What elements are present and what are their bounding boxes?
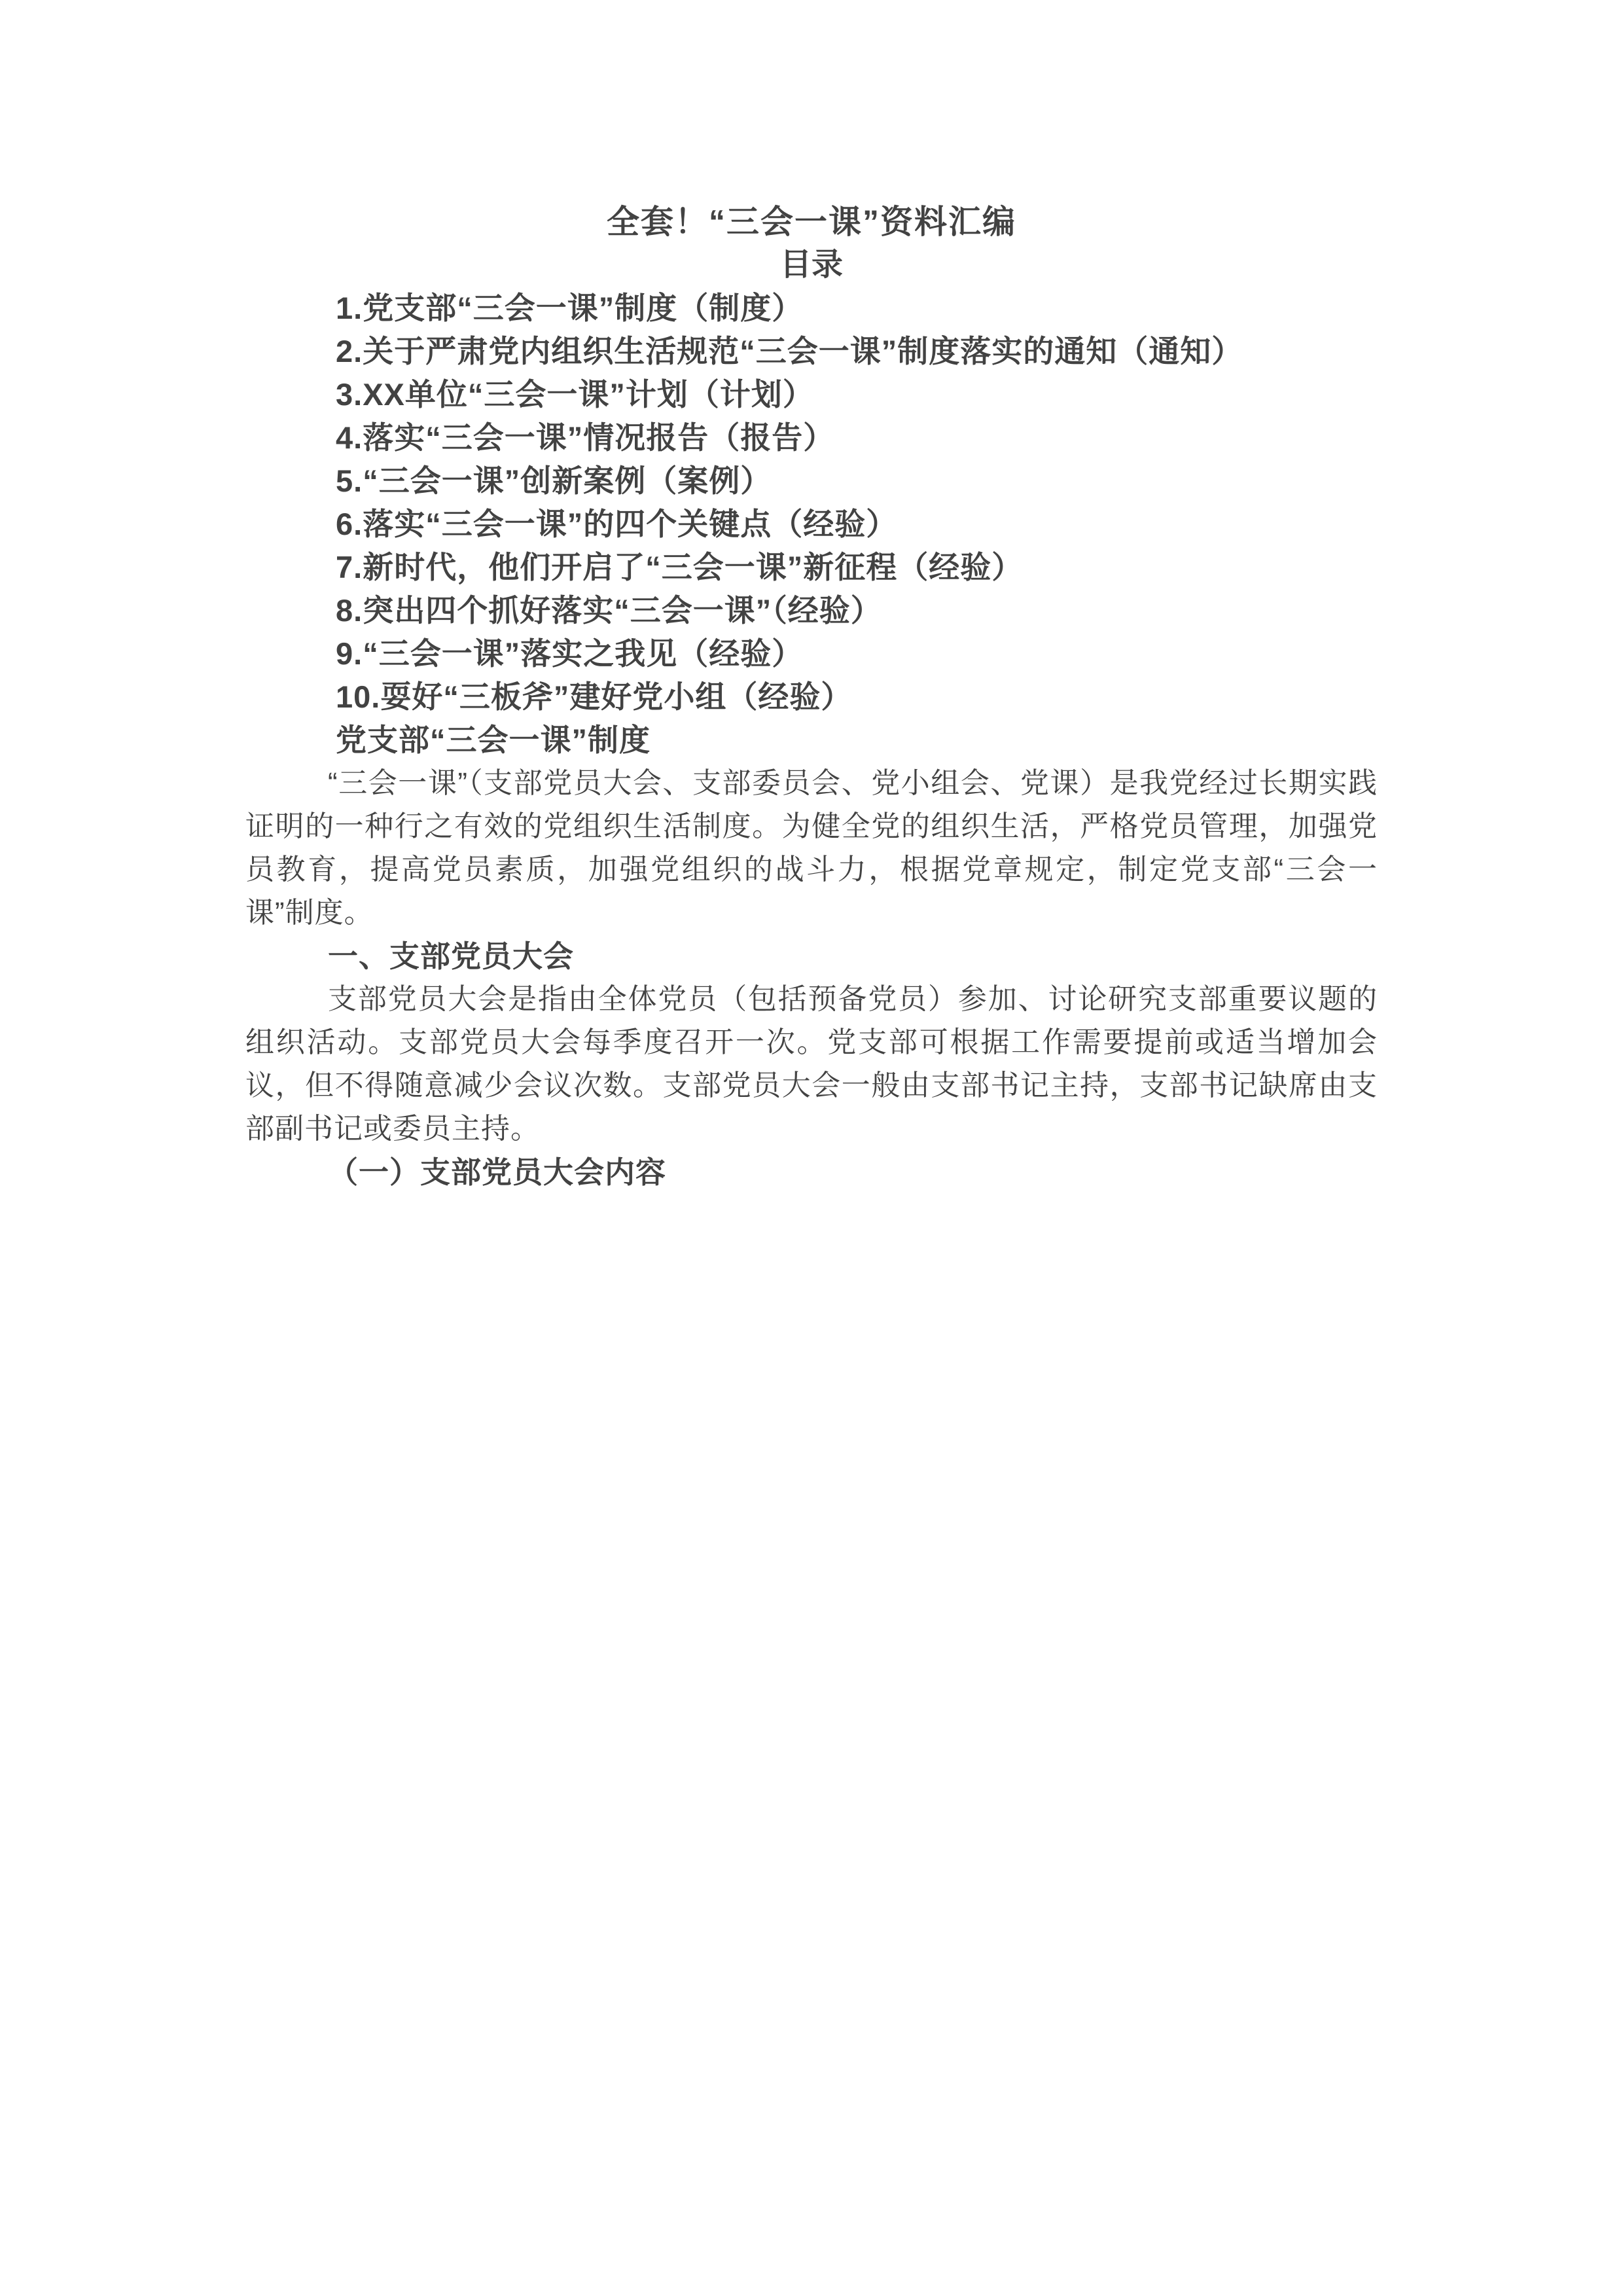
toc-heading: 目录 [245, 243, 1378, 287]
document-page: 全套！“三会一课”资料汇编 目录 1.党支部“三会一课”制度（制度） 2.关于严… [0, 0, 1623, 2296]
toc-item-7: 7.新时代，他们开启了“三会一课”新征程（经验） [245, 546, 1378, 589]
toc-item-10: 10.耍好“三板斧”建好党小组（经验） [245, 675, 1378, 719]
toc-item-6: 6.落实“三会一课”的四个关键点（经验） [245, 503, 1378, 546]
intro-paragraph: “三会一课”（支部党员大会、支部委员会、党小组会、党课）是我党经过长期实践证明的… [245, 762, 1378, 935]
meeting-paragraph: 支部党员大会是指由全体党员（包括预备党员）参加、讨论研究支部重要议题的组织活动。… [245, 978, 1378, 1151]
toc-item-9: 9.“三会一课”落实之我见（经验） [245, 632, 1378, 675]
section-title: 党支部“三会一课”制度 [245, 719, 1378, 762]
toc-item-3: 3.XX单位“三会一课”计划（计划） [245, 373, 1378, 416]
subheading-branch-congress: 一、支部党员大会 [245, 935, 1378, 978]
toc-item-5: 5.“三会一课”创新案例（案例） [245, 459, 1378, 503]
document-title: 全套！“三会一课”资料汇编 [245, 200, 1378, 243]
toc-item-2: 2.关于严肃党内组织生活规范“三会一课”制度落实的通知（通知） [245, 330, 1378, 373]
toc-item-4: 4.落实“三会一课”情况报告（报告） [245, 416, 1378, 459]
toc-list: 1.党支部“三会一课”制度（制度） 2.关于严肃党内组织生活规范“三会一课”制度… [245, 287, 1378, 719]
toc-item-8: 8.突出四个抓好落实“三会一课”（经验） [245, 589, 1378, 632]
subheading-congress-content: （一）支部党员大会内容 [245, 1151, 1378, 1194]
toc-item-1: 1.党支部“三会一课”制度（制度） [245, 287, 1378, 330]
